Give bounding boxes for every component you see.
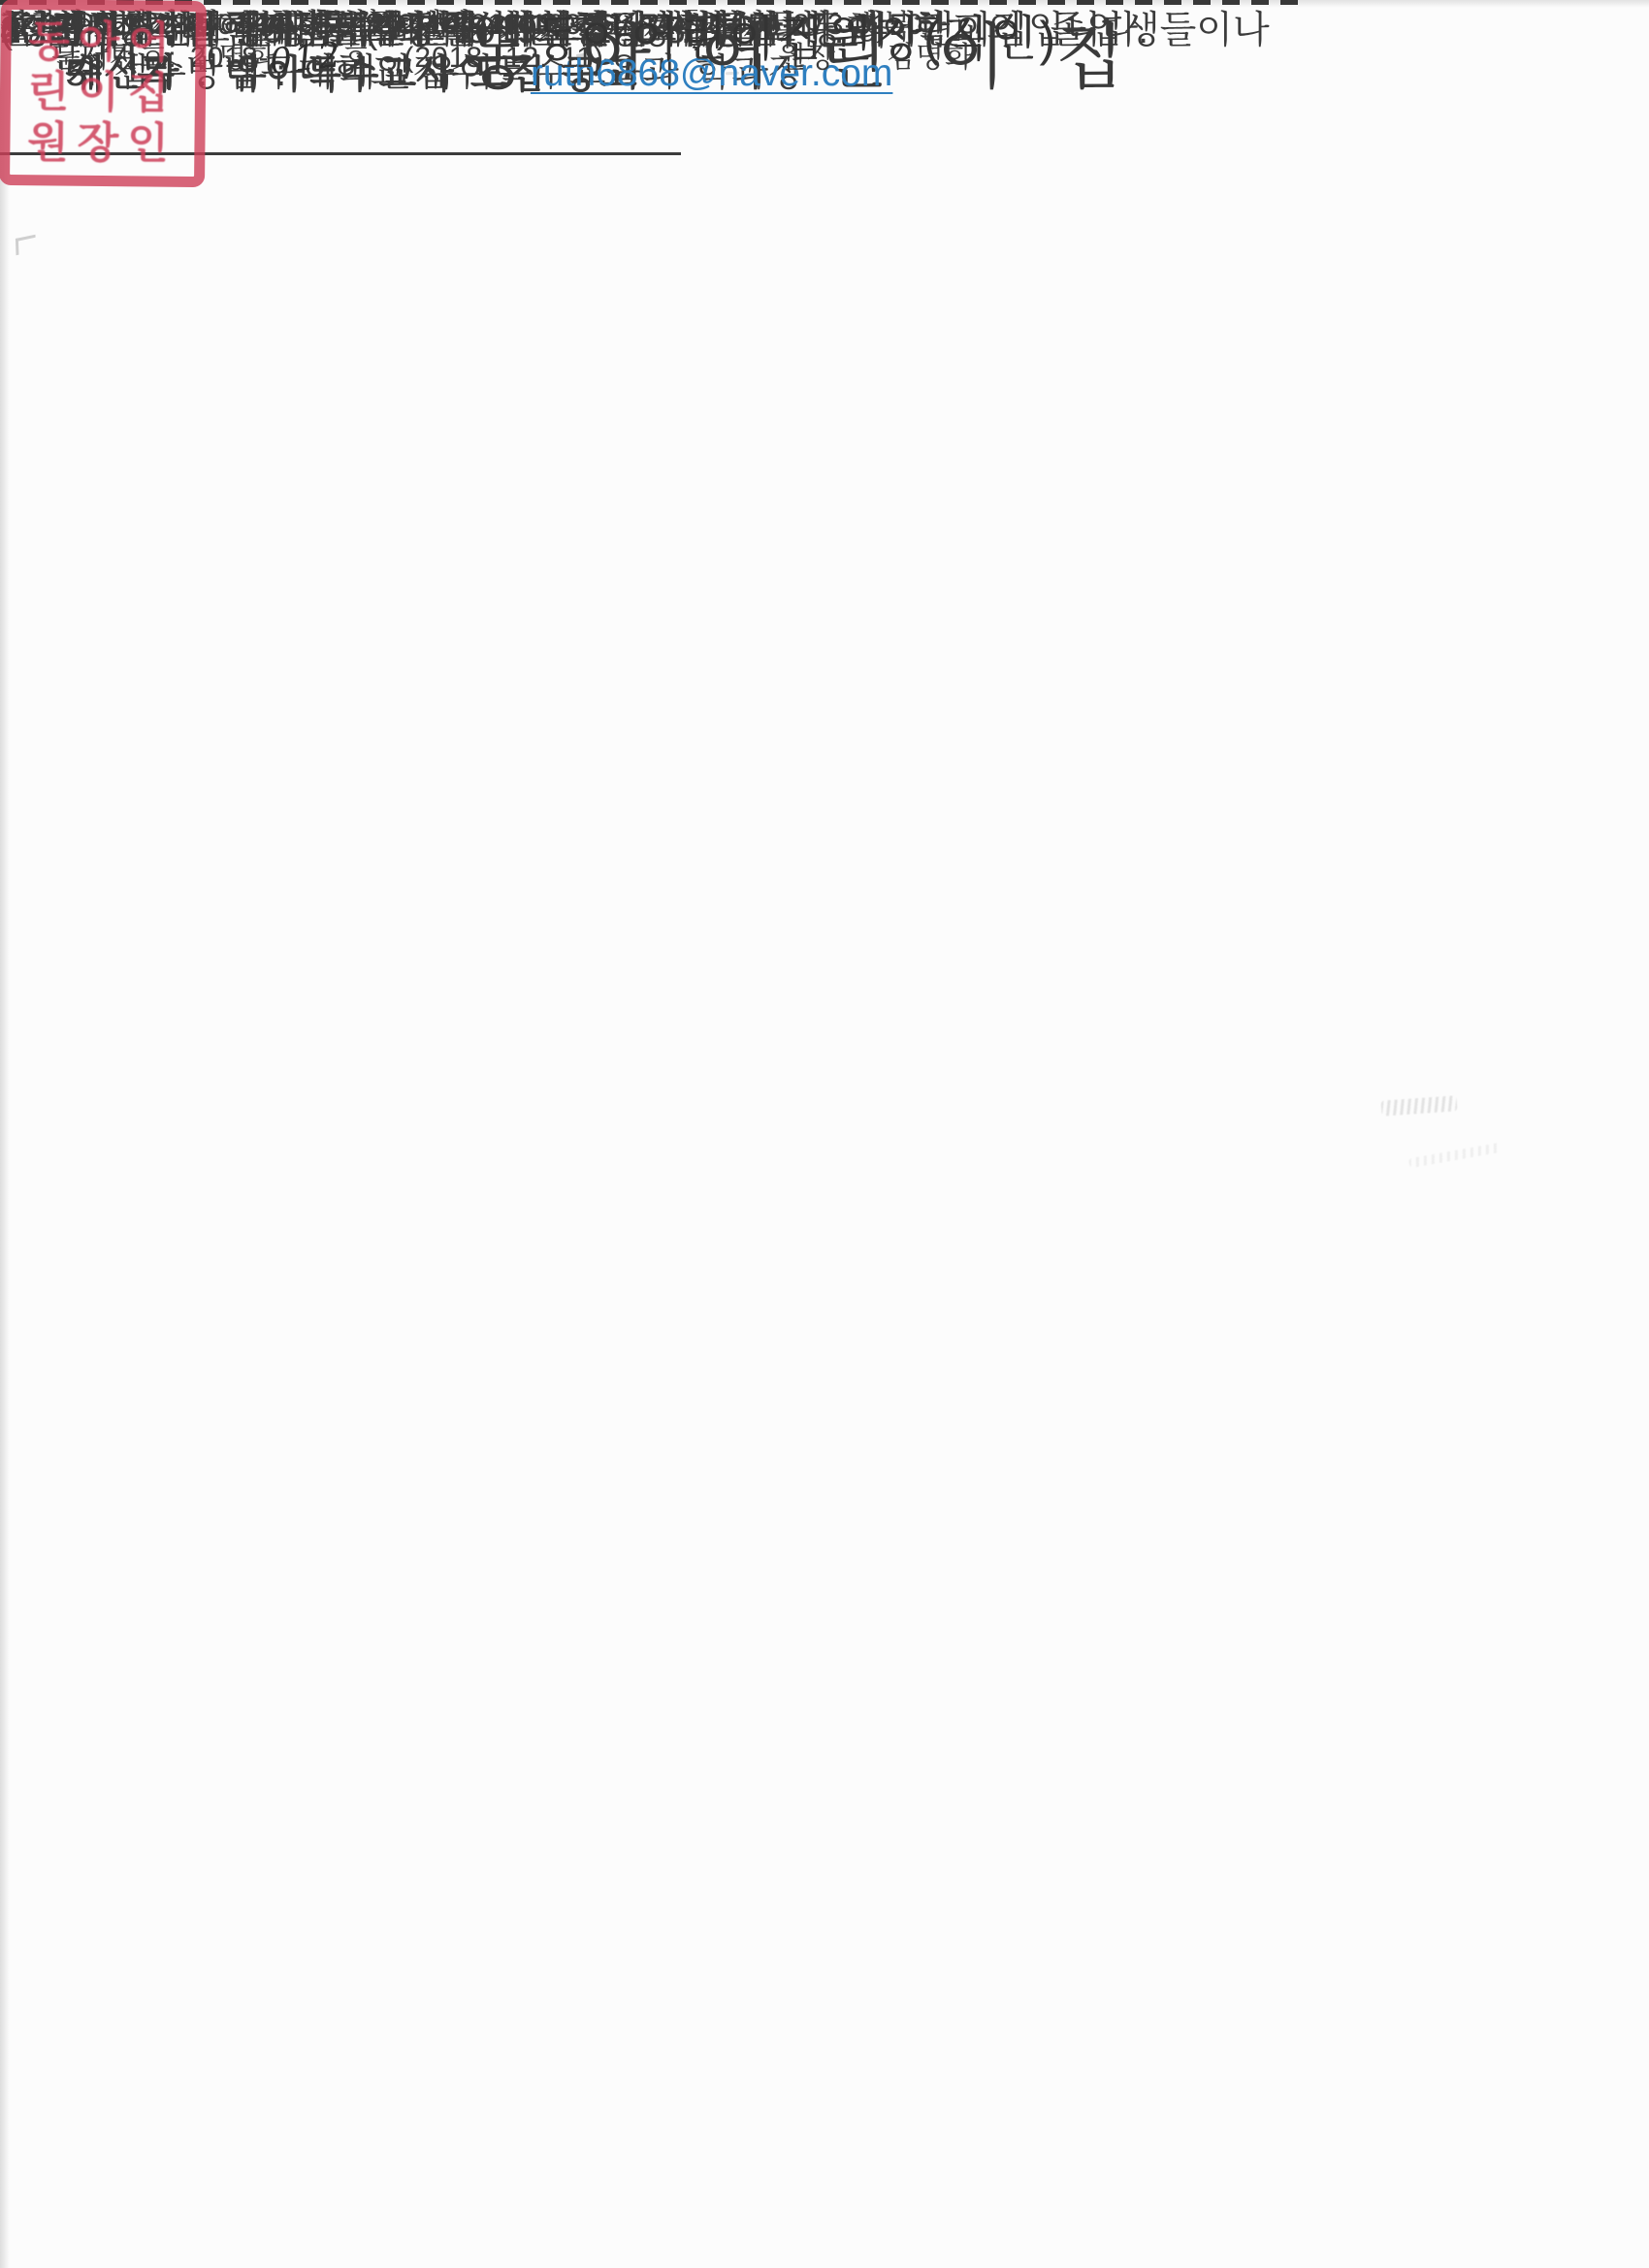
scan-artifact [16,235,36,256]
scan-artifact [1408,1143,1502,1169]
stamp-text-row: 린이집 [16,70,189,116]
scan-edge-left [0,0,10,2268]
scanned-document-page: 「아이들이 행복한」 동 아 어 린 이 집 수신자 : 대구대학교 유아특수교… [0,0,1649,2268]
stamp-text-row: 원장인 [16,120,188,167]
scan-artifact [1381,1095,1458,1116]
signature-line: 동아어린이집원장(직인) [0,0,1620,70]
